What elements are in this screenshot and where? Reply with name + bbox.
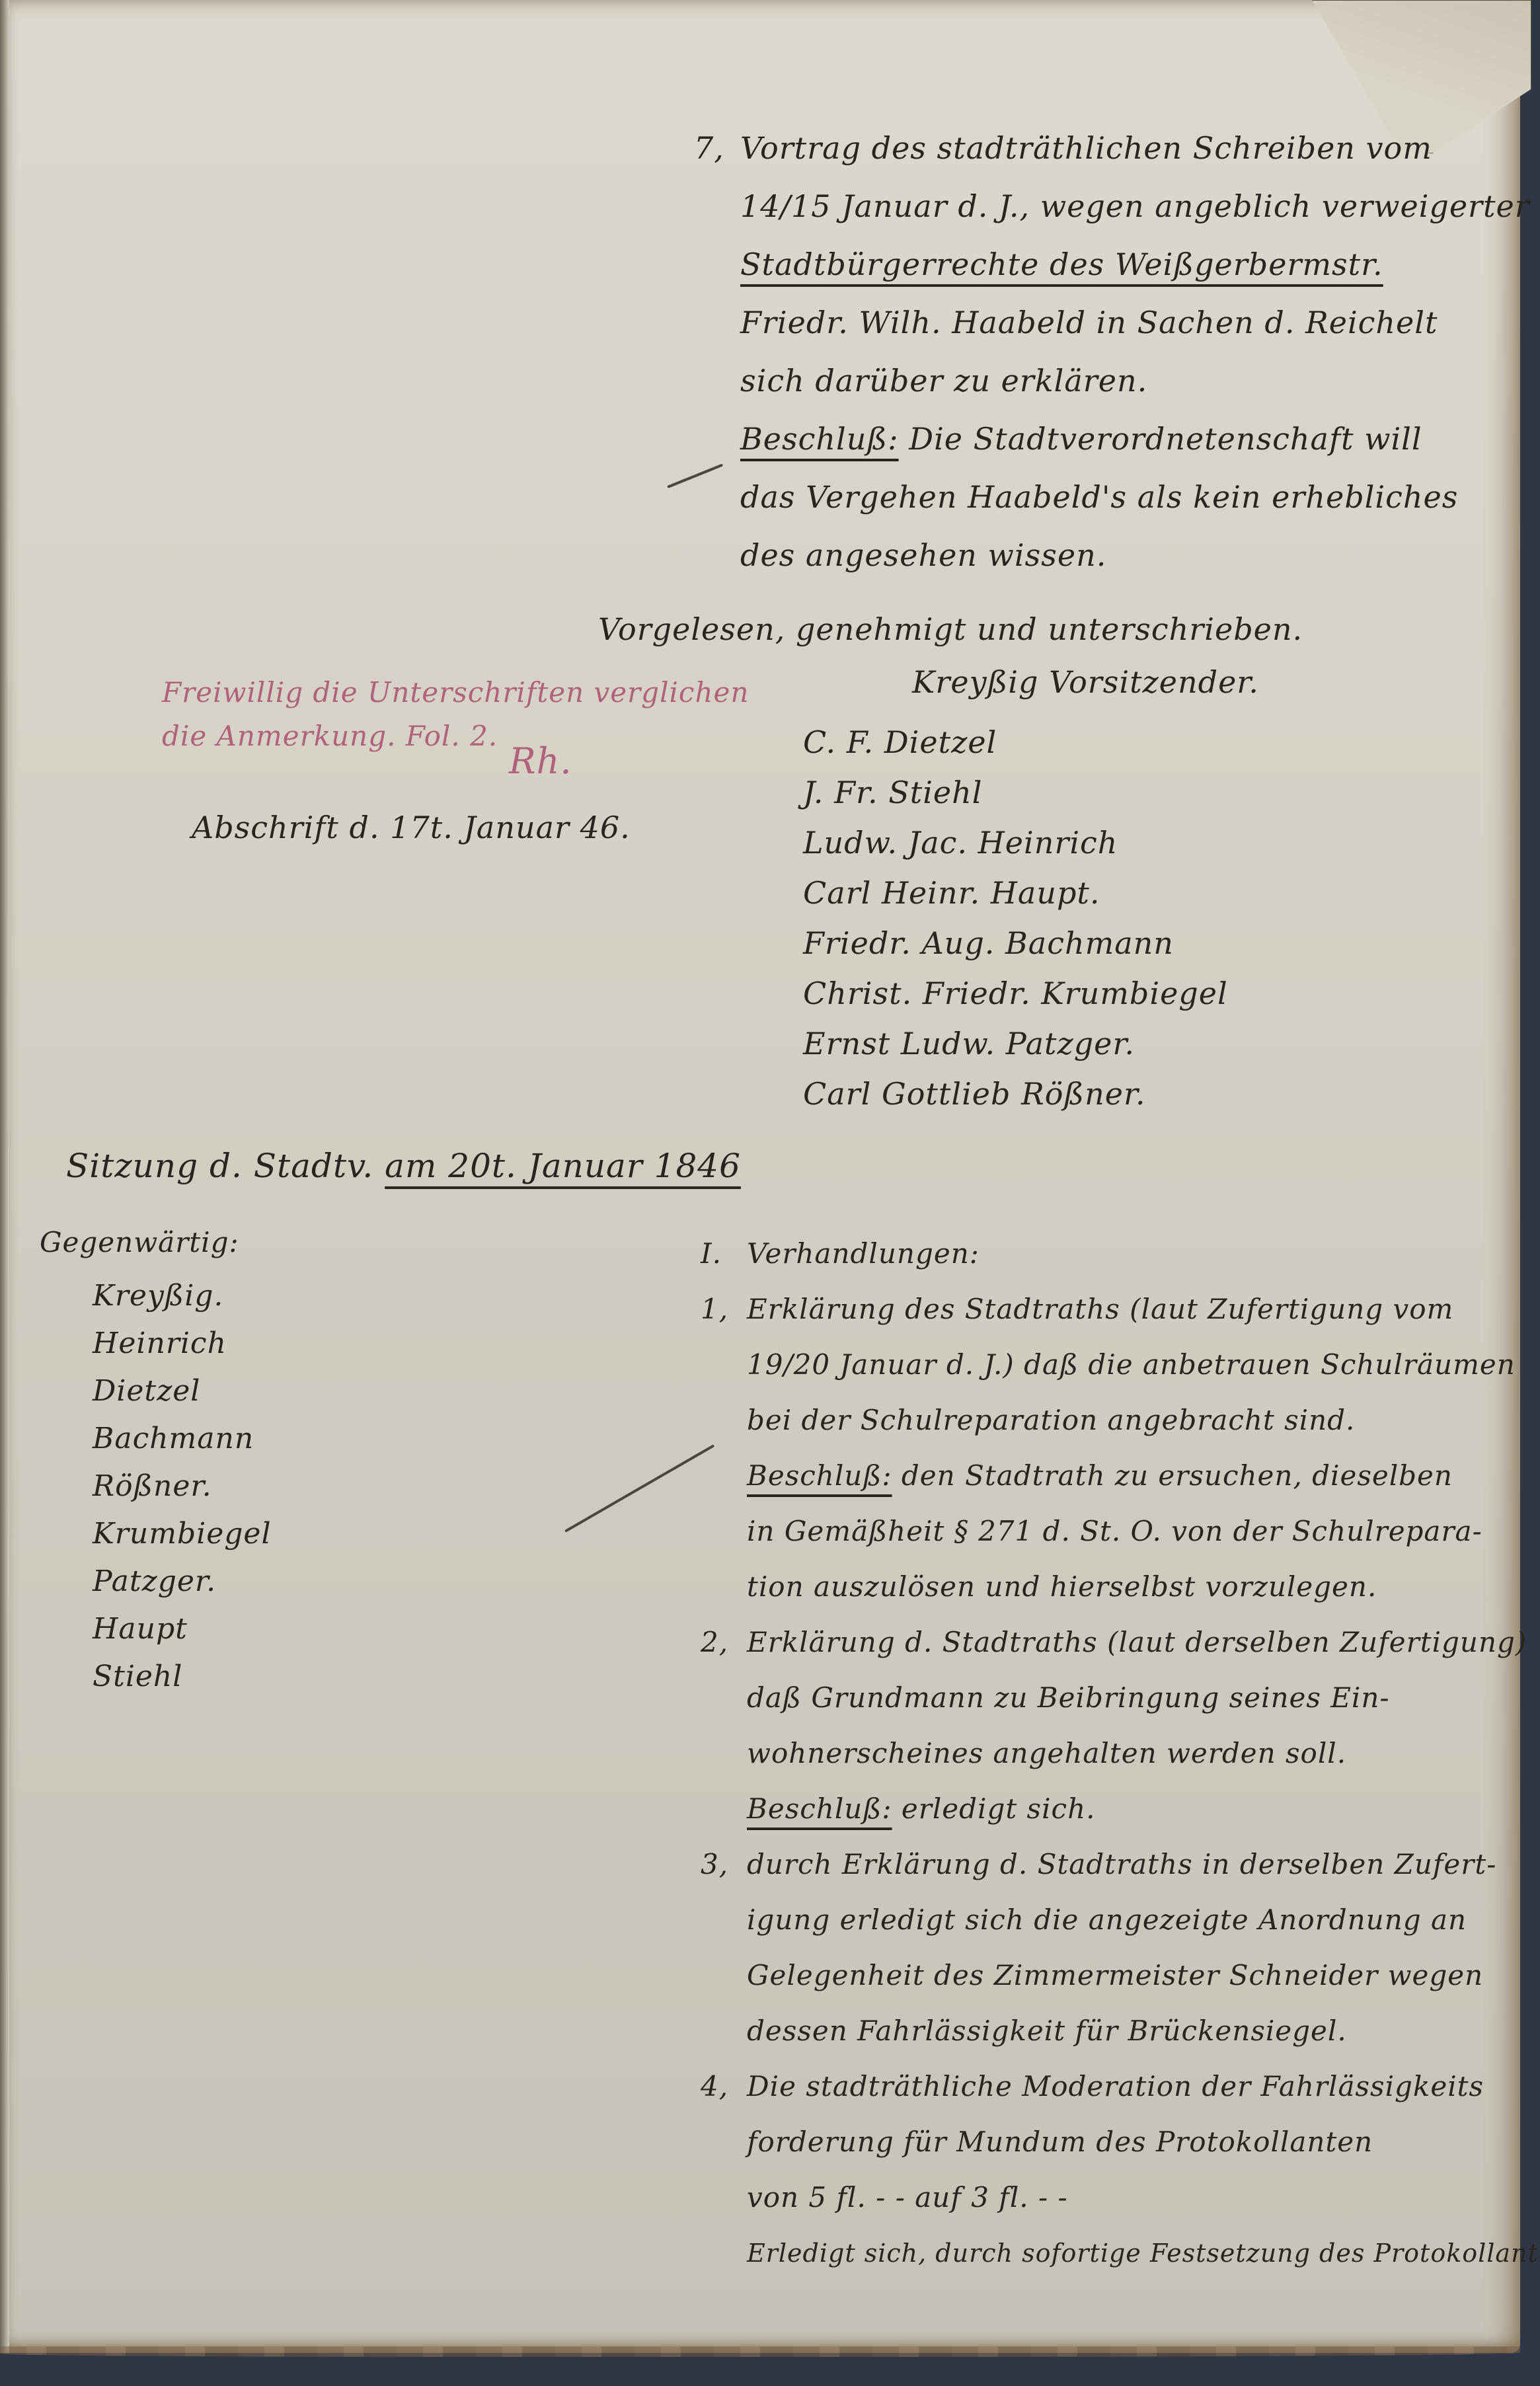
resolution-line: das Vergehen Haabeld's als kein erheblic… — [694, 468, 1530, 526]
closing-formula: Vorgelesen, genehmigt und unterschrieben… — [598, 611, 1303, 647]
annotation-line: die Anmerkung. Fol. 2. — [162, 714, 749, 758]
session-title: Sitzung d. Stadtv. am 20t. Januar 1846 — [66, 1147, 741, 1185]
present-member: Stiehl — [93, 1653, 272, 1701]
item-line: Friedr. Wilh. Haabeld in Sachen d. Reich… — [694, 293, 1530, 352]
signature: Friedr. Aug. Bachmann — [803, 918, 1228, 968]
item-number: 3, — [701, 1837, 747, 1892]
signature: Christ. Friedr. Krumbiegel — [803, 968, 1228, 1019]
resolution-line: Die Stadtverordnetenschaft will — [909, 421, 1422, 457]
present-member: Patzger. — [93, 1558, 272, 1605]
item-number: 7, — [694, 119, 740, 177]
present-member: Bachmann — [93, 1415, 272, 1463]
annotation-line: Freiwillig die Unterschriften verglichen — [162, 671, 749, 714]
section-label: Verhandlungen: — [747, 1237, 980, 1270]
resolution-label: Beschluß: — [740, 421, 899, 457]
item-number: 1, — [701, 1282, 747, 1337]
item-line: forderung für Mundum des Protokollanten — [701, 2114, 1540, 2170]
signature: J. Fr. Stiehl — [803, 767, 1228, 818]
chair-signature: Kreyßig Vorsitzender. — [912, 664, 1259, 700]
signature: C. F. Dietzel — [803, 717, 1228, 767]
item-line: von 5 fl. - - auf 3 fl. - - — [701, 2170, 1540, 2225]
present-member: Dietzel — [93, 1367, 272, 1415]
present-member: Heinrich — [93, 1320, 272, 1367]
present-member: Rößner. — [93, 1463, 272, 1510]
item-line: daß Grundmann zu Beibringung seines Ein- — [701, 1670, 1540, 1726]
item-line: wohnerscheines angehalten werden soll. — [701, 1726, 1540, 1781]
item-number: 4, — [701, 2059, 747, 2114]
present-member: Haupt — [93, 1605, 272, 1653]
item-line: sich darüber zu erklären. — [694, 352, 1530, 410]
present-member: Kreyßig. — [93, 1272, 272, 1320]
item-line: 19/20 Januar d. J.) daß die anbetrauen S… — [701, 1337, 1540, 1393]
resolution-line: tion auszulösen und hierselbst vorzulege… — [701, 1559, 1540, 1615]
resolution-line: erledigt sich. — [902, 1792, 1096, 1825]
present-list: Kreyßig. Heinrich Dietzel Bachmann Rößne… — [93, 1272, 272, 1701]
item-line: durch Erklärung d. Stadtraths in derselb… — [747, 1848, 1496, 1880]
signature: Carl Gottlieb Rößner. — [803, 1069, 1228, 1119]
signature-list: C. F. Dietzel J. Fr. Stiehl Ludw. Jac. H… — [803, 717, 1228, 1119]
red-initials: Rh. — [509, 740, 572, 782]
item-7-block: 7,Vortrag des stadträthlichen Schreiben … — [694, 119, 1530, 584]
item-line: Erklärung d. Stadtraths (laut derselben … — [747, 1626, 1527, 1658]
section-number: I. — [701, 1226, 747, 1282]
binding-edge — [0, 0, 9, 2353]
item-line: 14/15 Januar d. J., wegen angeblich verw… — [694, 177, 1530, 235]
item-line: dessen Fahrlässigkeit für Brückensiegel. — [701, 2003, 1540, 2059]
item-line: igung erledigt sich die angezeigte Anord… — [701, 1892, 1540, 1948]
item-line: Erledigt sich, durch sofortige Festsetzu… — [701, 2225, 1540, 2281]
item-number: 2, — [701, 1615, 747, 1670]
item-line: Erklärung des Stadtraths (laut Zufertigu… — [747, 1293, 1453, 1325]
resolution-line: in Gemäßheit § 271 d. St. O. von der Sch… — [701, 1504, 1540, 1559]
signature: Carl Heinr. Haupt. — [803, 868, 1228, 918]
present-member: Krumbiegel — [93, 1510, 272, 1558]
signature: Ludw. Jac. Heinrich — [803, 818, 1228, 868]
session-items: I.Verhandlungen: 1,Erklärung des Stadtra… — [701, 1226, 1540, 2281]
resolution-line: des angesehen wissen. — [694, 526, 1530, 584]
item-line: Die stadträthliche Moderation der Fahrlä… — [747, 2070, 1484, 2102]
session-title-prefix: Sitzung d. Stadtv. — [66, 1147, 373, 1185]
item-line: Vortrag des stadträthlichen Schreiben vo… — [740, 130, 1432, 166]
item-line: Stadtbürgerrechte des Weißgerbermstr. — [694, 235, 1530, 293]
red-annotation: Freiwillig die Unterschriften verglichen… — [162, 671, 749, 758]
resolution-label: Beschluß: — [747, 1459, 892, 1492]
resolution-label: Beschluß: — [747, 1792, 892, 1825]
signature: Ernst Ludw. Patzger. — [803, 1019, 1228, 1069]
resolution-line: den Stadtrath zu ersuchen, dieselben — [902, 1459, 1453, 1492]
item-line: Gelegenheit des Zimmermeister Schneider … — [701, 1948, 1540, 2003]
present-label: Gegenwärtig: — [40, 1226, 239, 1258]
item-line: bei der Schulreparation angebracht sind. — [701, 1393, 1540, 1448]
dispatch-note: Abschrift d. 17t. Januar 46. — [192, 810, 631, 845]
session-date: am 20t. Januar 1846 — [385, 1147, 741, 1185]
